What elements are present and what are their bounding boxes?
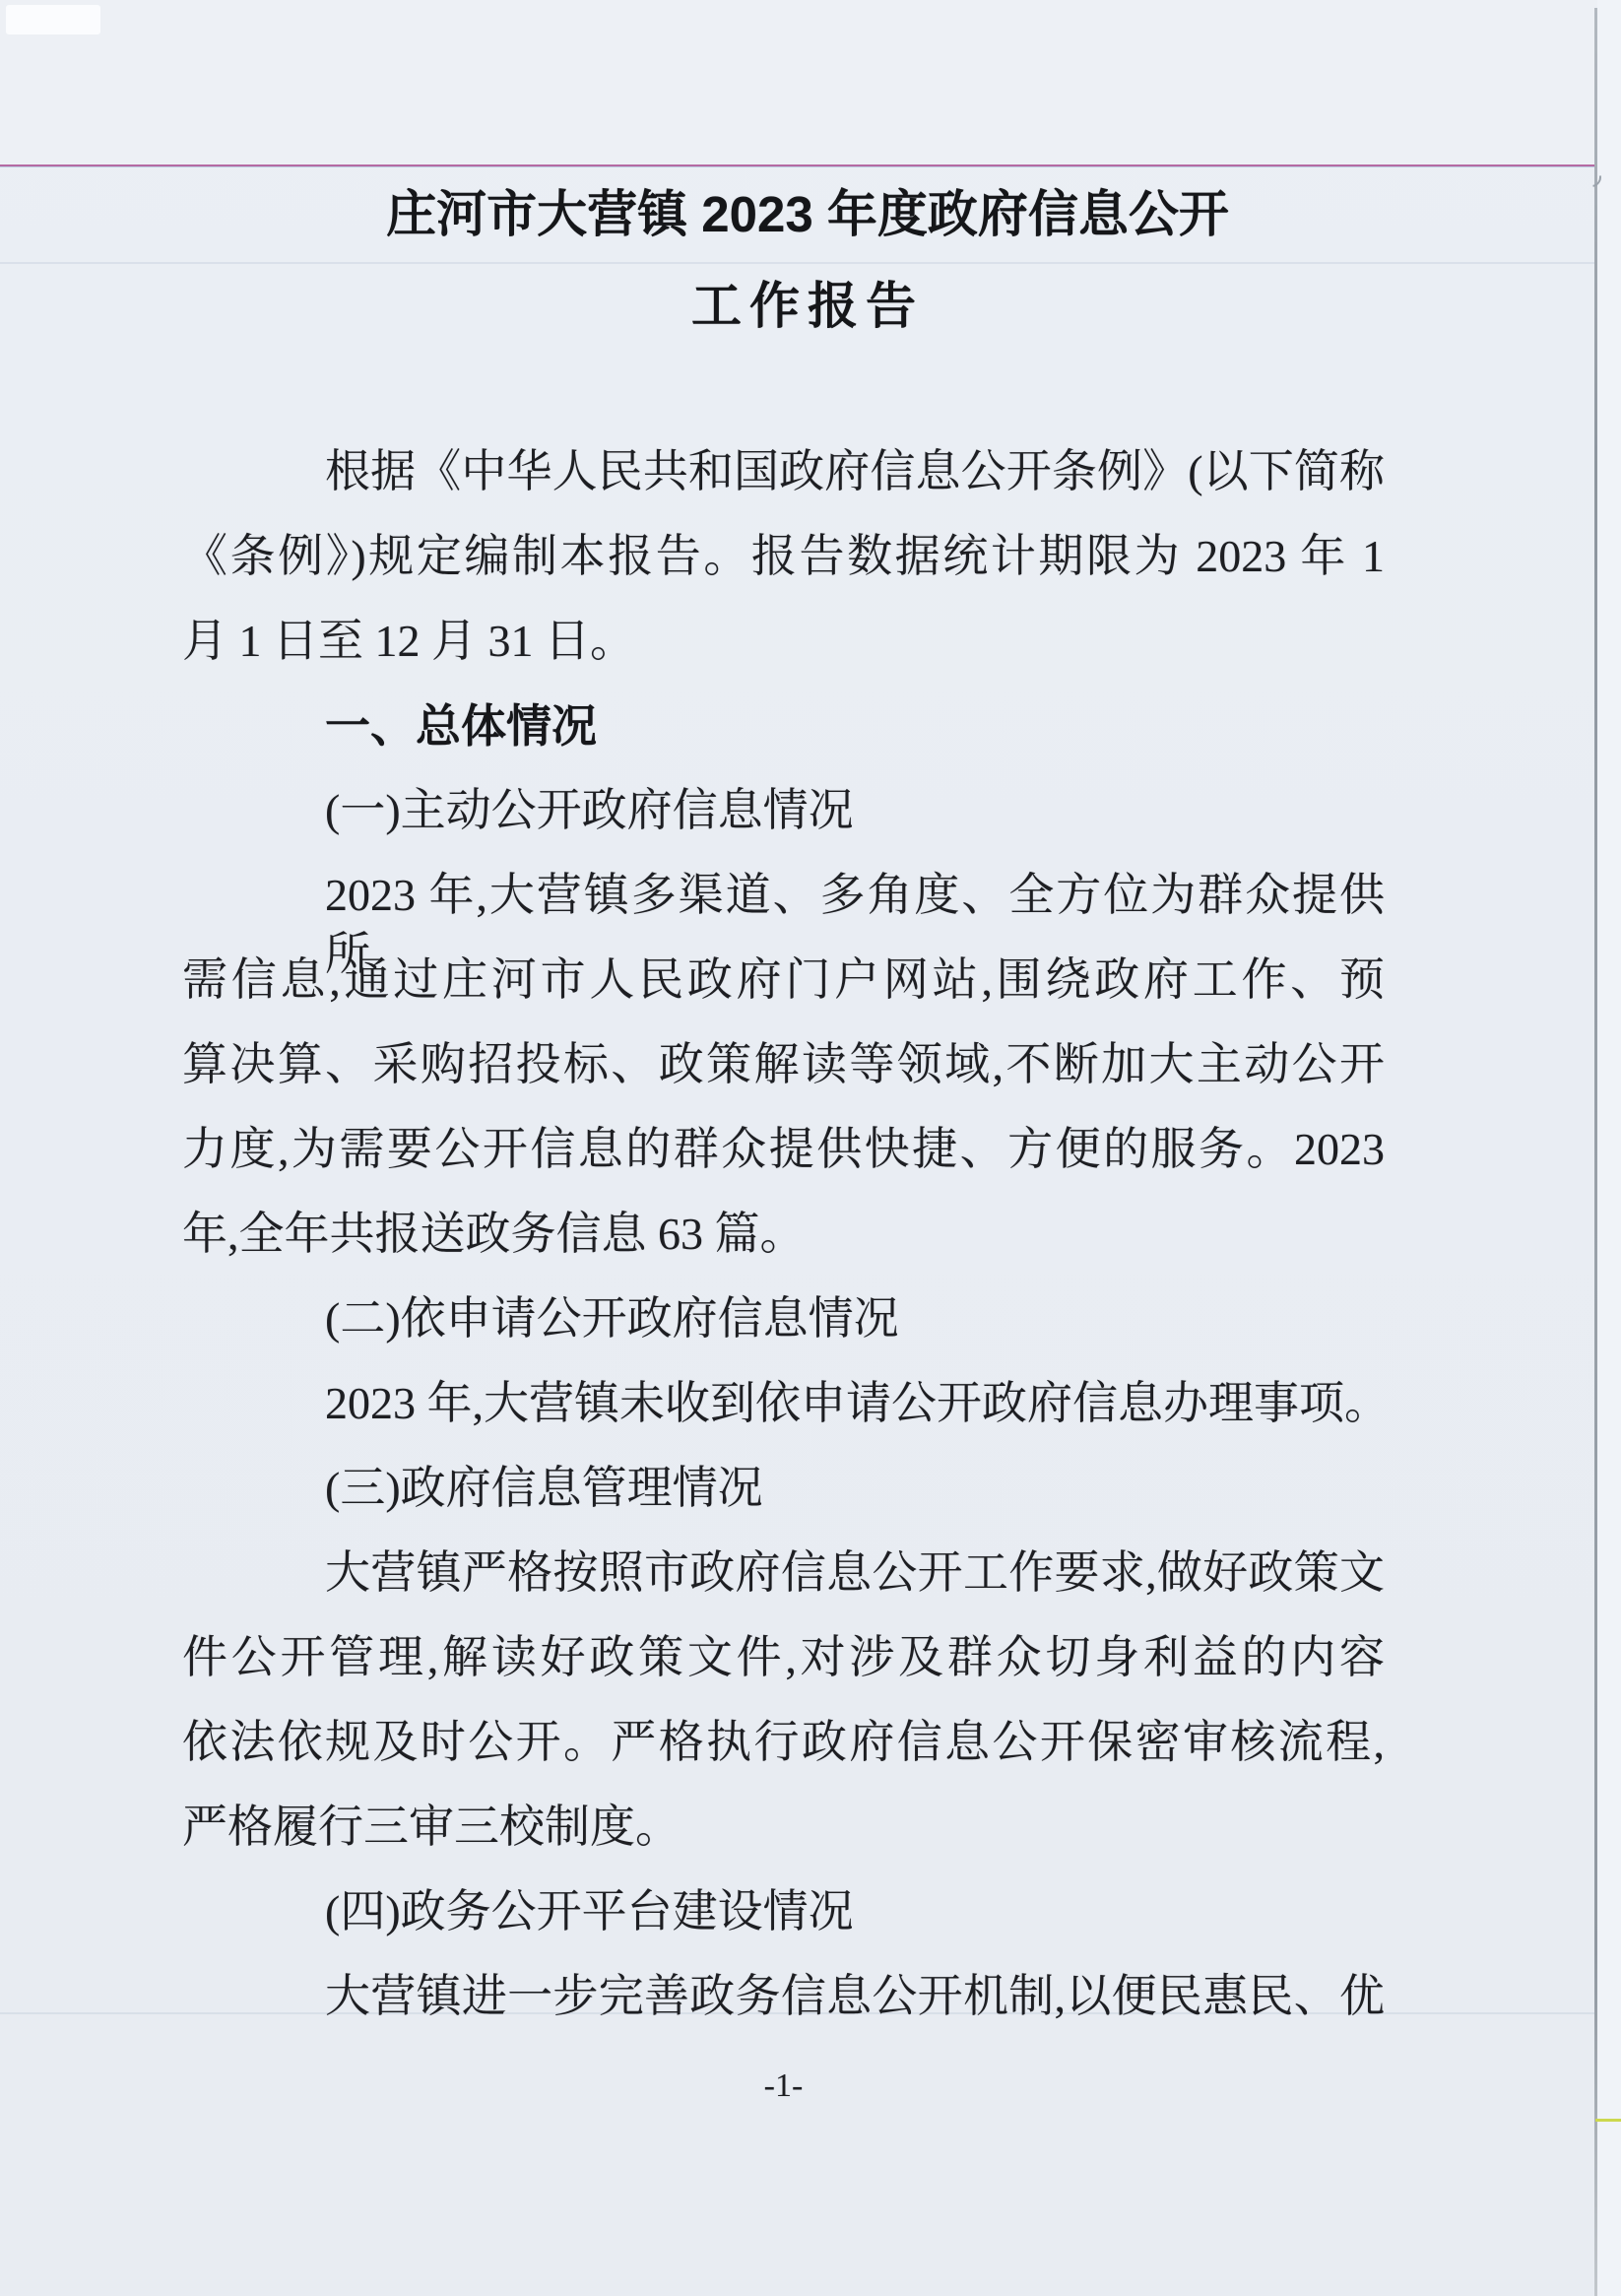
scan-fold-line-blue (0, 166, 1621, 167)
section-heading-overall-situation: 一、总体情况 (182, 696, 1385, 755)
report-title-line-2: 工作报告 (118, 275, 1497, 338)
paper-edge-line (1594, 8, 1597, 2296)
subsection-heading-proactive-disclosure: (一)主动公开政府信息情况 (182, 781, 1385, 840)
scan-yellow-tick (1595, 2119, 1621, 2122)
body-line: 力度,为需要公开信息的群众提供快捷、方便的服务。2023 (182, 1120, 1385, 1179)
body-line: 件公开管理,解读好政策文件,对涉及群众切身利益的内容 (182, 1628, 1385, 1687)
body-line: 需信息,通过庄河市人民政府门户网站,围绕政府工作、预 (182, 951, 1385, 1010)
paper-right-edge-strip (1597, 0, 1621, 2296)
subsection-heading-platform-construction: (四)政务公开平台建设情况 (182, 1882, 1385, 1941)
scan-white-patch (6, 5, 100, 34)
body-line: 大营镇进一步完善政务信息公开机制,以便民惠民、优 (182, 1967, 1385, 2026)
body-line: 根据《中华人民共和国政府信息公开条例》(以下简称 (182, 442, 1385, 501)
scanned-document-page: 庄河市大营镇 2023 年度政府信息公开 工作报告 根据《中华人民共和国政府信息… (0, 0, 1621, 2296)
report-title-line-1: 庄河市大营镇 2023 年度政府信息公开 (118, 183, 1497, 246)
scan-top-band (0, 0, 1621, 164)
body-line: 依法依规及时公开。严格执行政府信息公开保密审核流程, (182, 1713, 1385, 1772)
body-line: 《条例》)规定编制本报告。报告数据统计期限为 2023 年 1 (182, 527, 1385, 586)
body-line: 严格履行三审三校制度。 (182, 1798, 1385, 1857)
body-line: 年,全年共报送政务信息 63 篇。 (182, 1205, 1385, 1264)
body-line: 算决算、采购招投标、政策解读等领域,不断加大主动公开 (182, 1035, 1385, 1094)
body-line: 大营镇严格按照市政府信息公开工作要求,做好政策文 (182, 1543, 1385, 1603)
subsection-heading-information-management: (三)政府信息管理情况 (182, 1459, 1385, 1518)
body-line: 2023 年,大营镇未收到依申请公开政府信息办理事项。 (182, 1374, 1385, 1433)
page-number: -1- (182, 2066, 1385, 2106)
scan-band-artifact (0, 262, 1621, 264)
body-line: 月 1 日至 12 月 31 日。 (182, 612, 1385, 671)
subsection-heading-upon-request-disclosure: (二)依申请公开政府信息情况 (182, 1289, 1385, 1348)
